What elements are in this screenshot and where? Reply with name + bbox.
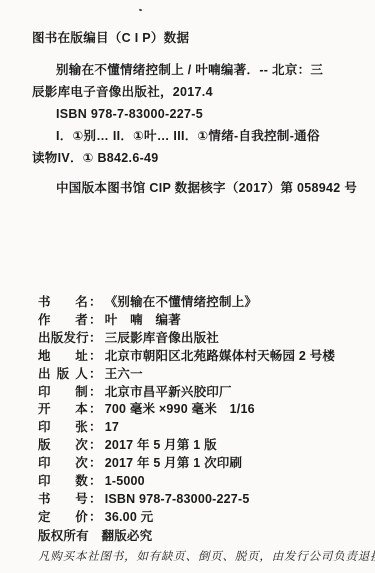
colophon-row-format: 开本：700 毫米 ×990 毫米 1/16 — [38, 401, 358, 419]
colophon-row-publisher: 出版发行：三辰影库音像出版社 — [38, 330, 358, 348]
field-label: 开本 — [38, 401, 88, 419]
field-label: 定价 — [38, 509, 88, 527]
field-colon: ： — [89, 330, 102, 348]
field-label: 书名 — [38, 294, 88, 312]
field-value: 《别输在不懂情绪控制上》 — [105, 295, 257, 309]
return-policy-note: 凡购买本社图书，如有缺页、倒页、脱页，由发行公司负责退换 — [38, 549, 358, 565]
cip-data-block: 图书在版编目（C I P）数据 别输在不懂情绪控制上 / 叶喃编著．-- 北京：… — [32, 27, 352, 199]
field-label: 印张 — [38, 419, 88, 437]
cip-classification-line2: 读物IV．① B842.6-49 — [32, 147, 352, 169]
field-value: 北京市昌平新兴胶印厂 — [105, 385, 232, 399]
cip-isbn-line: ISBN 978-7-83000-227-5 — [32, 103, 352, 125]
field-value: ISBN 978-7-83000-227-5 — [105, 492, 250, 506]
field-colon: ： — [89, 348, 102, 366]
colophon-row-book-title: 书名：《别输在不懂情绪控制上》 — [38, 294, 358, 312]
copyright-page: 图书在版编目（C I P）数据 别输在不懂情绪控制上 / 叶喃编著．-- 北京：… — [0, 0, 375, 573]
field-value: 2017 年 5 月第 1 次印刷 — [105, 456, 242, 470]
field-value: 17 — [105, 420, 119, 434]
cip-record-line2: 辰影库电子音像出版社，2017.4 — [32, 81, 352, 103]
field-colon: ： — [89, 384, 102, 402]
field-value: 北京市朝阳区北苑路媒体村天畅园 2 号楼 — [105, 349, 335, 363]
field-label: 版次 — [38, 437, 88, 455]
copyright-notice: 版权所有 翻版必究 — [38, 528, 358, 546]
cip-heading: 图书在版编目（C I P）数据 — [32, 27, 352, 49]
cip-record-line1: 别输在不懂情绪控制上 / 叶喃编著．-- 北京：三 — [32, 59, 352, 81]
field-colon: ： — [89, 437, 102, 455]
colophon-row-address: 地址：北京市朝阳区北苑路媒体村天畅园 2 号楼 — [38, 348, 358, 366]
colophon-row-impression: 印次：2017 年 5 月第 1 次印刷 — [38, 455, 358, 473]
field-label: 地址 — [38, 348, 88, 366]
field-value: 三辰影库音像出版社 — [105, 331, 219, 345]
field-value: 1-5000 — [105, 474, 145, 488]
field-label: 作者 — [38, 312, 88, 330]
field-value: 36.00 元 — [105, 510, 154, 524]
field-label: 出版人 — [38, 366, 88, 384]
colophon-row-sheets: 印张：17 — [38, 419, 358, 437]
field-label: 书号 — [38, 491, 88, 509]
field-colon: ： — [89, 401, 102, 419]
field-colon: ： — [89, 491, 102, 509]
field-value: 700 毫米 ×990 毫米 1/16 — [105, 402, 255, 416]
ink-speck — [139, 9, 143, 12]
colophon-row-print-run: 印数：1-5000 — [38, 473, 358, 491]
field-label: 印制 — [38, 384, 88, 402]
field-label: 印数 — [38, 473, 88, 491]
colophon-row-author: 作者：叶 喃 编著 — [38, 312, 358, 330]
field-colon: ： — [89, 312, 102, 330]
field-colon: ： — [89, 366, 102, 384]
field-colon: ： — [89, 294, 102, 312]
field-label: 印次 — [38, 455, 88, 473]
cip-classification-line1: I．①别… II．①叶… III．①情绪-自我控制-通俗 — [32, 125, 352, 147]
colophon-row-price: 定价：36.00 元 — [38, 509, 358, 527]
field-colon: ： — [89, 509, 102, 527]
colophon-row-printer: 印制：北京市昌平新兴胶印厂 — [38, 384, 358, 402]
colophon-row-book-number: 书号：ISBN 978-7-83000-227-5 — [38, 491, 358, 509]
colophon-block: 书名：《别输在不懂情绪控制上》 作者：叶 喃 编著 出版发行：三辰影库音像出版社… — [38, 294, 358, 565]
field-value: 王六一 — [105, 367, 143, 381]
field-label: 出版发行 — [38, 330, 88, 348]
field-value: 2017 年 5 月第 1 版 — [105, 438, 217, 452]
colophon-row-edition: 版次：2017 年 5 月第 1 版 — [38, 437, 358, 455]
field-colon: ： — [89, 419, 102, 437]
cip-registry-line: 中国版本图书馆 CIP 数据核字（2017）第 058942 号 — [32, 177, 352, 199]
field-colon: ： — [89, 455, 102, 473]
field-value: 叶 喃 编著 — [105, 313, 181, 327]
colophon-row-publisher-person: 出版人：王六一 — [38, 366, 358, 384]
field-colon: ： — [89, 473, 102, 491]
